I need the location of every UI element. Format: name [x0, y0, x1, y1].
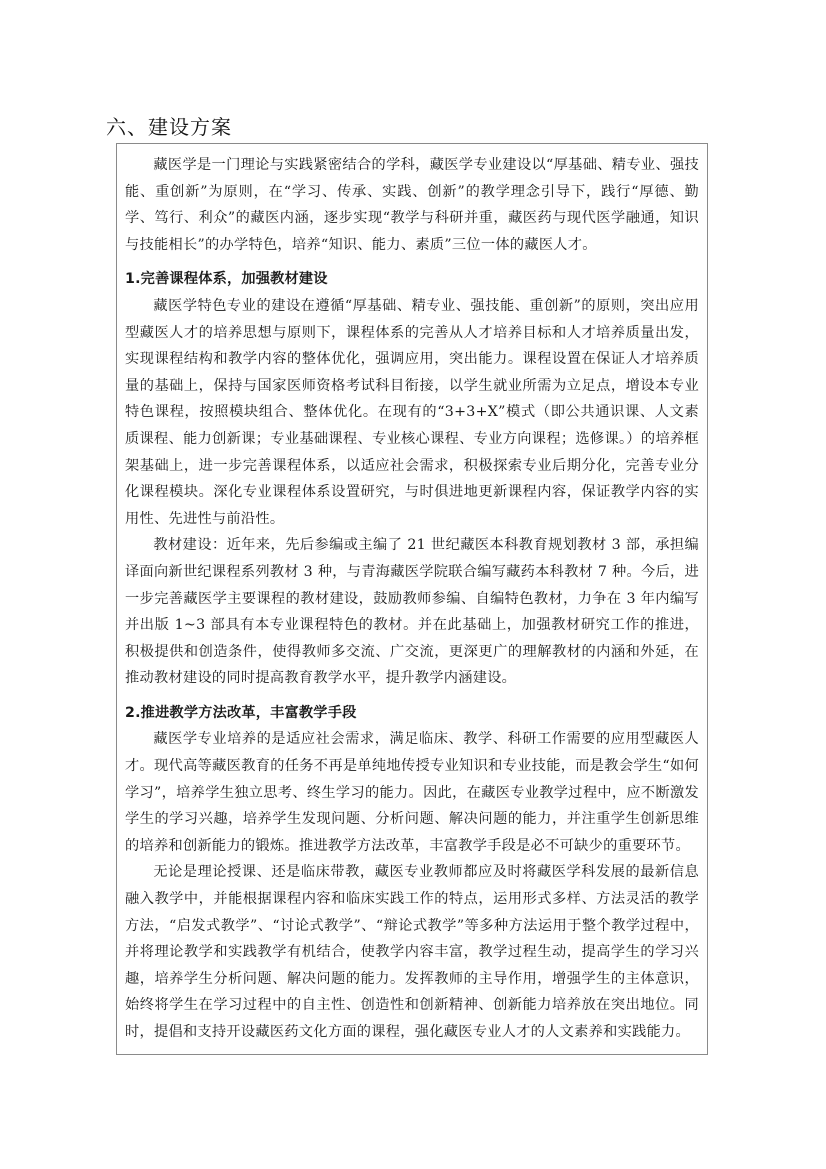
paragraph-1-2: 教材建设：近年来，先后参编或主编了 21 世纪藏医本科教育规划教材 3 部，承担… — [125, 532, 699, 692]
paragraph-2-2: 无论是理论授课、还是临床带教，藏医专业教师都应及时将藏医学科发展的最新信息融入教… — [125, 859, 699, 1045]
section-title: 六、建设方案 — [106, 111, 232, 140]
spacer — [125, 258, 699, 266]
paragraph-1-1: 藏医学特色专业的建设在遵循“厚基础、精专业、强技能、重创新”的原则，突出应用型藏… — [125, 293, 699, 532]
section-heading-1: 1.完善课程体系，加强教材建设 — [125, 266, 699, 293]
spacer — [125, 692, 699, 700]
content-body: 藏医学是一门理论与实践紧密结合的学科，藏医学专业建设以“厚基础、精专业、强技能、… — [125, 152, 699, 1046]
intro-paragraph: 藏医学是一门理论与实践紧密结合的学科，藏医学专业建设以“厚基础、精专业、强技能、… — [125, 152, 699, 258]
section-heading-2: 2.推进教学方法改革，丰富教学手段 — [125, 700, 699, 727]
paragraph-2-1: 藏医学专业培养的是适应社会需求，满足临床、教学、科研工作需要的应用型藏医人才。现… — [125, 726, 699, 859]
content-box: 藏医学是一门理论与实践紧密结合的学科，藏医学专业建设以“厚基础、精专业、强技能、… — [116, 143, 708, 1055]
